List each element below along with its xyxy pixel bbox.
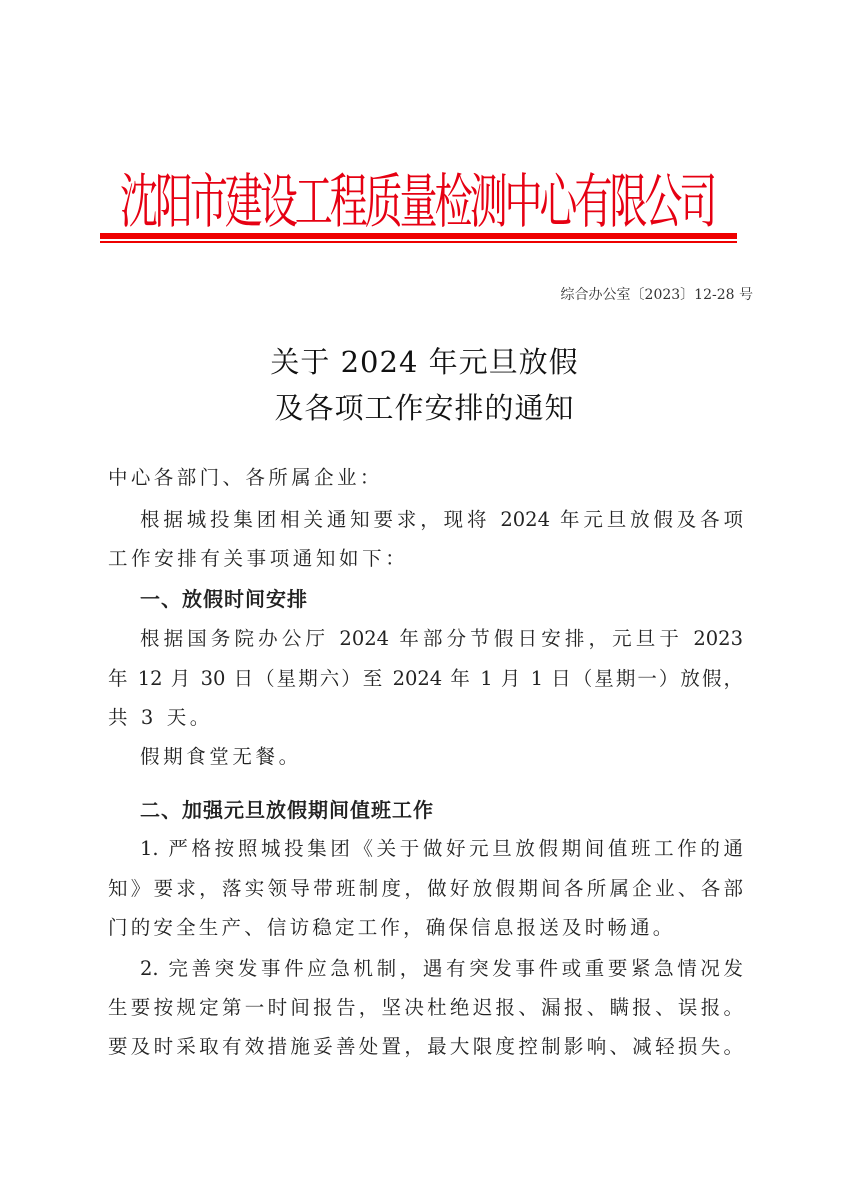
section-1-para-1-line-3: 共 3 天。: [108, 703, 213, 733]
section-heading-2: 二、加强元旦放假期间值班工作: [140, 795, 434, 825]
document-number: 综合办公室〔2023〕12-28 号: [561, 284, 753, 304]
letterhead: 沈阳市建设工程质量检测中心有限公司: [100, 160, 737, 245]
section-2-para-1-line-3: 门的安全生产、信访稳定工作，确保信息报送及时畅通。: [108, 913, 676, 943]
section-2-para-2-line-2: 生要按规定第一时间报告，坚决杜绝迟报、漏报、瞒报、误报。: [108, 993, 743, 1023]
section-heading-1: 一、放假时间安排: [140, 584, 308, 614]
section-2-para-2-line-1: 2. 完善突发事件应急机制，遇有突发事件或重要紧急情况发: [140, 954, 743, 984]
section-1-para-1-line-2: 年 12 月 30 日（星期六）至 2024 年 1 月 1 日（星期一）放假，: [108, 664, 743, 694]
document-title-line-1: 关于 2024 年元旦放假: [0, 340, 849, 381]
document-page: 沈阳市建设工程质量检测中心有限公司 综合办公室〔2023〕12-28 号 关于 …: [0, 0, 849, 1200]
organization-name: 沈阳市建设工程质量检测中心有限公司: [120, 162, 576, 242]
section-2-para-1-line-1: 1. 严格按照城投集团《关于做好元旦放假期间值班工作的通: [140, 834, 743, 864]
intro-line-1: 根据城投集团相关通知要求，现将 2024 年元旦放假及各项: [140, 505, 743, 535]
intro-line-2: 工作安排有关事项通知如下：: [108, 544, 408, 574]
document-title-line-2: 及各项工作安排的通知: [0, 386, 849, 427]
section-1-para-1-line-1: 根据国务院办公厅 2024 年部分节假日安排，元旦于 2023: [140, 624, 743, 654]
section-2-para-1-line-2: 知》要求，落实领导带班制度，做好放假期间各所属企业、各部: [108, 874, 743, 904]
section-2-para-2-line-3: 要及时采取有效措施妥善处置，最大限度控制影响、减轻损失。: [108, 1032, 743, 1062]
letterhead-rule-thin: [100, 241, 737, 243]
section-1-para-2-line-1: 假期食堂无餐。: [140, 742, 302, 772]
salutation: 中心各部门、各所属企业：: [108, 463, 383, 493]
letterhead-rule-thick: [100, 233, 737, 239]
